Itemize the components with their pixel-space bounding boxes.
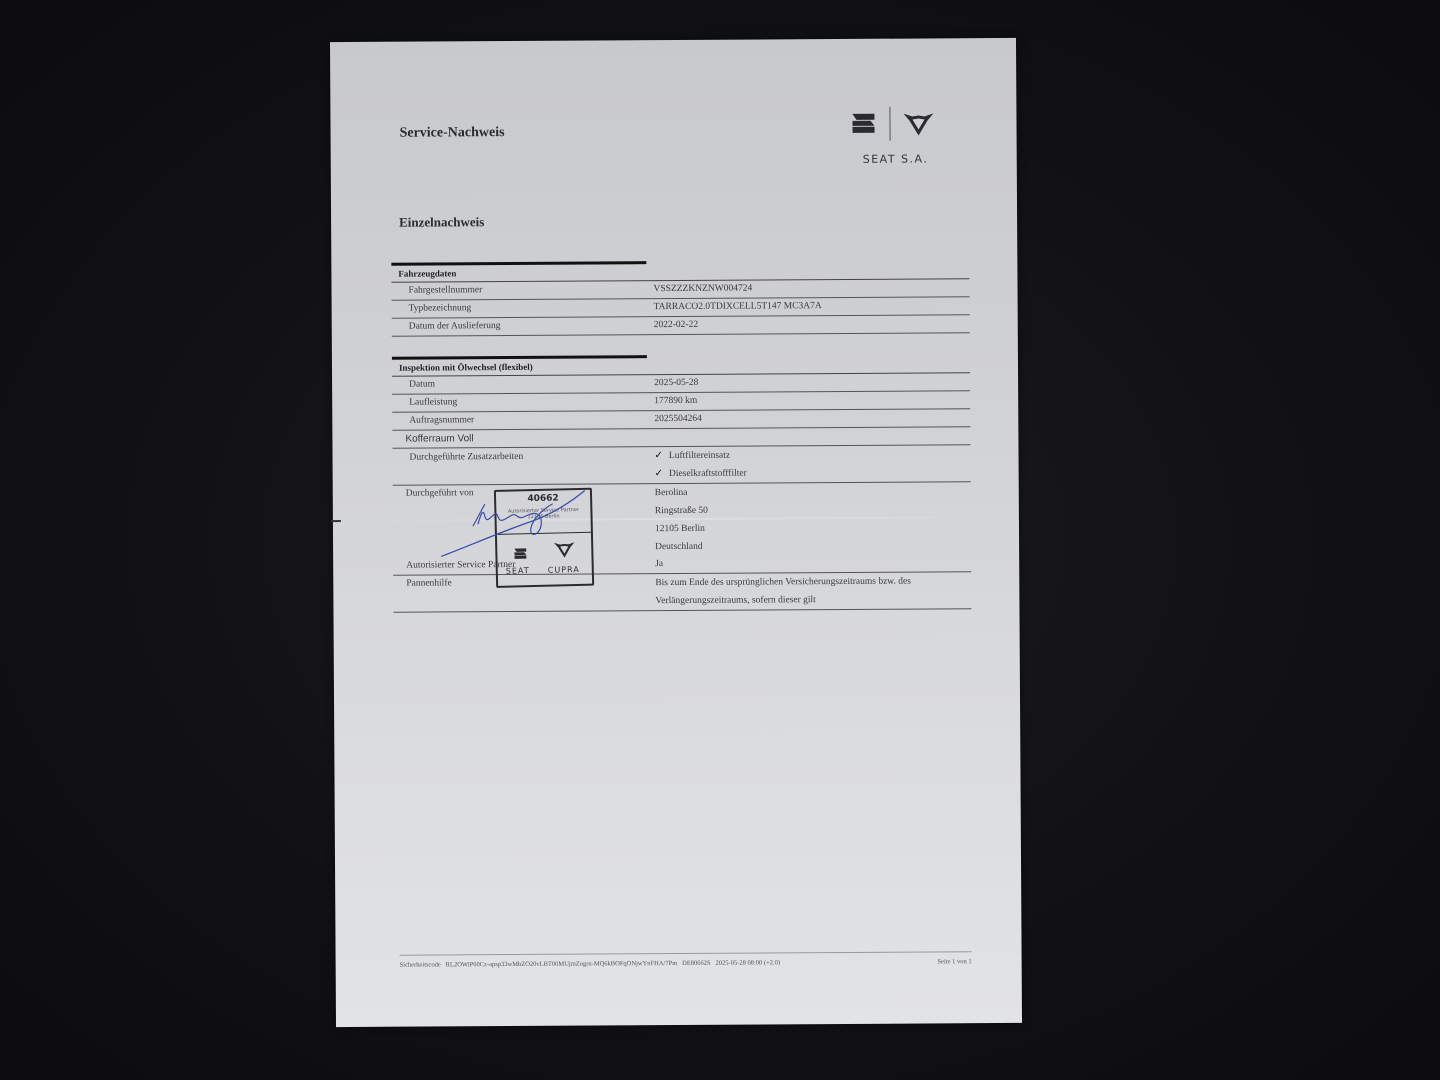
company-name: SEAT S.A.: [863, 152, 929, 165]
row-label: Durchgeführte Zusatzarbeiten: [392, 447, 644, 485]
service-document: Service-Nachweis SEAT S.A. Einzelnachwei…: [330, 38, 1022, 1027]
document-footer: Sicherheitscode RL2OWiP60Cz-apsp33wMbZO2…: [400, 951, 972, 968]
address-line: Berolina: [655, 482, 971, 502]
row-value: TARRACO2.0TDIXCELL5T147 MC3A7A: [644, 297, 970, 316]
row-label: Laufleistung: [392, 393, 644, 412]
checkmark-icon: ✓: [655, 465, 667, 483]
breakdown-row: Pannenhilfe Bis zum Ende des ursprünglic…: [393, 572, 971, 613]
brand-logo: SEAT S.A.: [848, 108, 938, 169]
document-subtitle: Einzelnachweis: [399, 214, 484, 231]
row-value: [644, 427, 970, 446]
signature: [433, 486, 593, 562]
row-value: ✓ Luftfiltereinsatz ✓ Dieselkraftstofffi…: [644, 445, 970, 483]
row-value: Ja: [645, 554, 971, 573]
stamp-brand-cupra: CUPRA: [548, 565, 580, 575]
row-label: Datum: [392, 375, 644, 394]
checkmark-icon: ✓: [654, 447, 666, 465]
seat-logo-icon: [850, 111, 876, 135]
extra-work-row: Durchgeführte Zusatzarbeiten ✓ Luftfilte…: [392, 445, 970, 486]
print-timestamp: 2025-05-28 08:00 (+2.0): [716, 959, 781, 966]
inspection-section: Inspektion mit Ölwechsel (flexibel) Datu…: [392, 353, 972, 613]
address-line: Ringstraße 50: [655, 500, 971, 520]
security-code-line: Sicherheitscode RL2OWiP60Cz-apsp33wMbZO2…: [400, 959, 780, 968]
table-row: Datum der Auslieferung 2022-02-22: [392, 315, 970, 337]
page-number: Seite 1 von 1: [937, 958, 971, 965]
dealer-code: DE80662S: [682, 960, 711, 967]
address-line: Deutschland: [655, 536, 971, 556]
row-label: Fahrgestellnummer: [391, 281, 643, 300]
extra-work-item: ✓ Dieselkraftstofffilter: [655, 463, 971, 483]
row-value: 2025-05-28: [644, 373, 970, 392]
address-line: 12105 Berlin: [655, 518, 971, 538]
row-value: Berolina Ringstraße 50 12105 Berlin Deut…: [645, 482, 971, 556]
row-label: Typbezeichnung: [392, 299, 644, 318]
cupra-logo-icon: [902, 110, 934, 136]
extra-work-item: ✓ Luftfiltereinsatz: [654, 445, 970, 465]
row-label: Datum der Auslieferung: [392, 317, 644, 336]
row-label: Kofferraum Voll: [392, 429, 644, 448]
document-title: Service-Nachweis: [400, 125, 505, 142]
stamp-brand-seat: SEAT: [506, 566, 530, 576]
row-label: Auftragsnummer: [392, 411, 644, 430]
row-value: Bis zum Ende des ursprünglichen Versiche…: [645, 572, 971, 610]
fold-mark: [331, 520, 341, 522]
row-value: 2022-02-22: [644, 315, 970, 334]
row-value: 2025504264: [644, 409, 970, 428]
security-code: RL2OWiP60Cz-apsp33wMbZO20vLBT00MUjmZogrn…: [446, 960, 678, 968]
row-value: VSSZZZKNZNW004724: [643, 279, 969, 298]
logo-divider: [889, 107, 890, 141]
vehicle-data-section: Fahrzeugdaten Fahrgestellnummer VSSZZZKN…: [391, 259, 969, 337]
row-value: 177890 km: [644, 391, 970, 410]
